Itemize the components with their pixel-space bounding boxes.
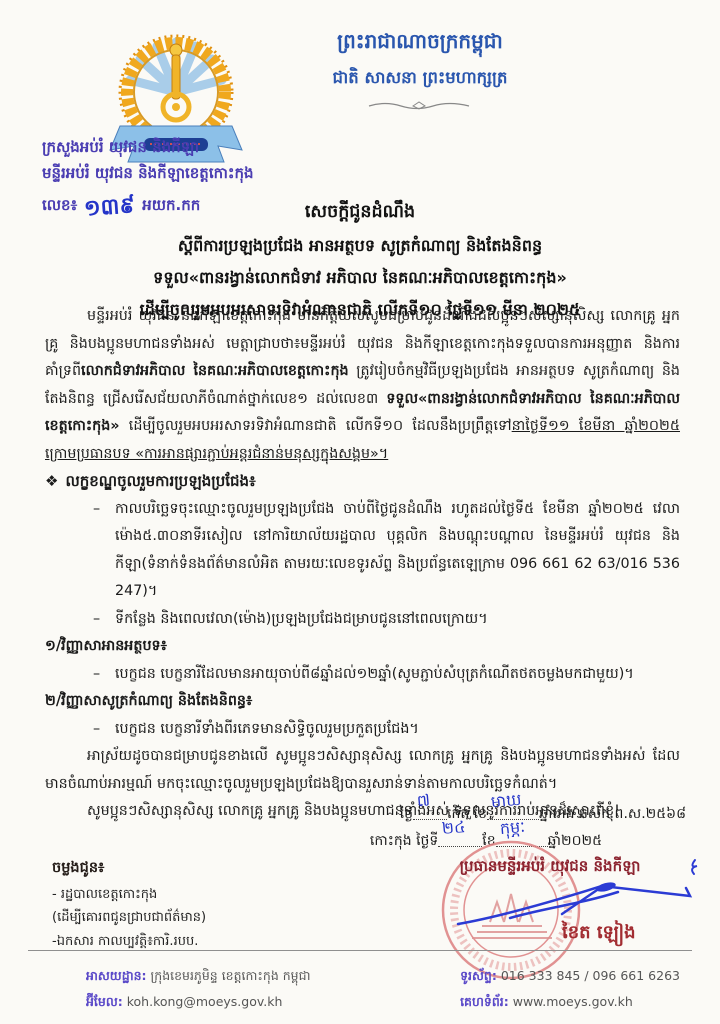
lunar-suffix: ឆ្នាំរោង ឆស័ក ព.ស.២៥៦៨ <box>539 806 686 822</box>
conditions-heading: ❖លក្ខខណ្ឌចូលរួមការប្រឡងប្រជែង៖ <box>45 468 680 496</box>
subject-2-item: –បេក្ខជន បេក្ខនារីទាំងពីរភេទមានសិទ្ធិចូល… <box>45 716 680 744</box>
phone-label: ទូរស័ព្ទ: <box>460 968 497 983</box>
website-value: www.moeys.gov.kh <box>513 994 633 1009</box>
copies-item: (ដើម្បីគោរពជូនជ្រាបជាព័ត៌មាន) <box>52 906 206 929</box>
dash-bullet-icon: – <box>93 496 115 606</box>
lunar-prefix: ថ្ងៃ <box>400 806 413 822</box>
address-label: អាសយដ្ឋាន: <box>86 968 147 983</box>
dash-bullet-icon: – <box>93 606 115 634</box>
kingdom-name: ព្រះរាជាណាចក្រកម្ពុជា <box>235 28 605 58</box>
handwritten-lunar-month: មាឃ <box>490 789 522 816</box>
footer-right-column: ទូរស័ព្ទ: 016 333 845 / 096 661 6263 គេហ… <box>460 963 680 1016</box>
email-row: អ៊ីមែល: koh.kong@moeys.gov.kh <box>86 989 311 1015</box>
document-body: មន្ទីរអប់រំ យុវជន និងកីឡាខេត្តកោះកុង មាន… <box>45 303 680 826</box>
website-label: គេហទំព័រ: <box>460 994 509 1009</box>
subject-2-text: បេក្ខជន បេក្ខនារីទាំងពីរភេទមានសិទ្ធិចូលរ… <box>115 716 680 744</box>
conditions-heading-text: លក្ខខណ្ឌចូលរួមការប្រឡងប្រជែង៖ <box>65 472 255 490</box>
phone-row: ទូរស័ព្ទ: 016 333 845 / 096 661 6263 <box>460 963 680 989</box>
title-prize: ទទួល«ពានរង្វាន់លោកជំទាវ អភិបាល នៃគណៈអភិប… <box>30 267 690 291</box>
subject-1-item: –បេក្ខជន បេក្ខនារីដែលមានអាយុចាប់ពី៨ឆ្នាំ… <box>45 661 680 689</box>
subject-1-text: បេក្ខជន បេក្ខនារីដែលមានអាយុចាប់ពី៨ឆ្នាំដ… <box>115 661 680 689</box>
email-value: koh.kong@moeys.gov.kh <box>127 994 283 1009</box>
email-label: អ៊ីមែល: <box>86 994 123 1009</box>
condition-text: ទីកន្លែង និងពេលវេលា(ម៉ោង)ប្រឡងប្រជែងជម្រ… <box>115 606 680 634</box>
phone-value: 016 333 845 / 096 661 6263 <box>501 968 680 983</box>
intro-paragraph: មន្ទីរអប់រំ យុវជន និងកីឡាខេត្តកោះកុង មាន… <box>45 303 680 468</box>
subject-2-heading: ២/វិញ្ញាសាសូត្រកំណាព្យ និងតែងនិពន្ធ៖ <box>45 688 680 716</box>
website-row: គេហទំព័រ: www.moeys.gov.kh <box>460 989 680 1015</box>
subject-1-heading: ១/វិញ្ញាសាអានអត្ថបទ៖ <box>45 633 680 661</box>
condition-item: –ទីកន្លែង និងពេលវេលា(ម៉ោង)ប្រឡងប្រជែងជម្… <box>45 606 680 634</box>
address-row: អាសយដ្ឋាន: ក្រុងខេមរភូមិន្ទ ខេត្តកោះកុង … <box>86 963 311 989</box>
title-subject: ស្ដីពីការប្រឡងប្រជែង អានអត្ថបទ សូត្រកំណា… <box>30 235 690 259</box>
footer-contact-bar: អាសយដ្ឋាន: ក្រុងខេមរភូមិន្ទ ខេត្តកោះកុង … <box>28 950 692 1016</box>
handwritten-lunar-day: ៧ <box>416 789 431 814</box>
scanned-announcement-document: ព្រះរាជាណាចក្រកម្ពុជា ជាតិ សាសនា ព្រះមហា… <box>0 0 720 1024</box>
copies-heading: ចម្លងជូន៖ <box>52 855 206 881</box>
diamond-bullet-icon: ❖ <box>45 472 58 490</box>
footer-left-column: អាសយដ្ឋាន: ក្រុងខេមរភូមិន្ទ ខេត្តកោះកុង … <box>86 963 311 1016</box>
copies-block: ចម្លងជូន៖ - រដ្ឋបាលខេត្តកោះកុង (ដើម្បីគោ… <box>52 855 206 953</box>
condition-item: –កាលបរិច្ឆេទចុះឈ្មោះចូលរួមប្រឡងប្រជែង ចា… <box>45 496 680 606</box>
intro-text-3: ដើម្បីចូលរួមអបអរសាទរទិវាអំណានជាតិ លើកទី១… <box>120 418 512 434</box>
address-value: ក្រុងខេមរភូមិន្ទ ខេត្តកោះកុង កម្ពុជា <box>151 968 311 983</box>
signer-name: ខៃត ឡៀង <box>562 920 636 947</box>
dash-bullet-icon: – <box>93 716 115 744</box>
condition-text: កាលបរិច្ឆេទចុះឈ្មោះចូលរួមប្រឡងប្រជែង ចាប… <box>115 496 680 606</box>
ministry-name: ក្រសួងអប់រំ យុវជន និងកីឡា <box>42 134 254 160</box>
flourish-divider-icon <box>235 96 605 115</box>
title-announcement: សេចក្ដីជូនដំណឹង <box>30 200 690 226</box>
intro-bold-1: លោកជំទាវអភិបាល នៃគណៈអភិបាលខេត្តកោះកុង <box>81 363 349 379</box>
nation-religion-king: ជាតិ សាសនា ព្រះមហាក្សត្រ <box>235 68 605 92</box>
department-name: មន្ទីរអប់រំ យុវជន និងកីឡាខេត្តកោះកុង <box>42 160 254 186</box>
copies-item: - រដ្ឋបាលខេត្តកោះកុង <box>52 883 206 906</box>
dash-bullet-icon: – <box>93 661 115 689</box>
kingdom-motto-block: ព្រះរាជាណាចក្រកម្ពុជា ជាតិ សាសនា ព្រះមហា… <box>235 28 605 115</box>
closing-paragraph-1: អាស្រ័យដូចបានជម្រាបជូនខាងលើ សូមប្អូនៗសិស… <box>45 743 680 798</box>
